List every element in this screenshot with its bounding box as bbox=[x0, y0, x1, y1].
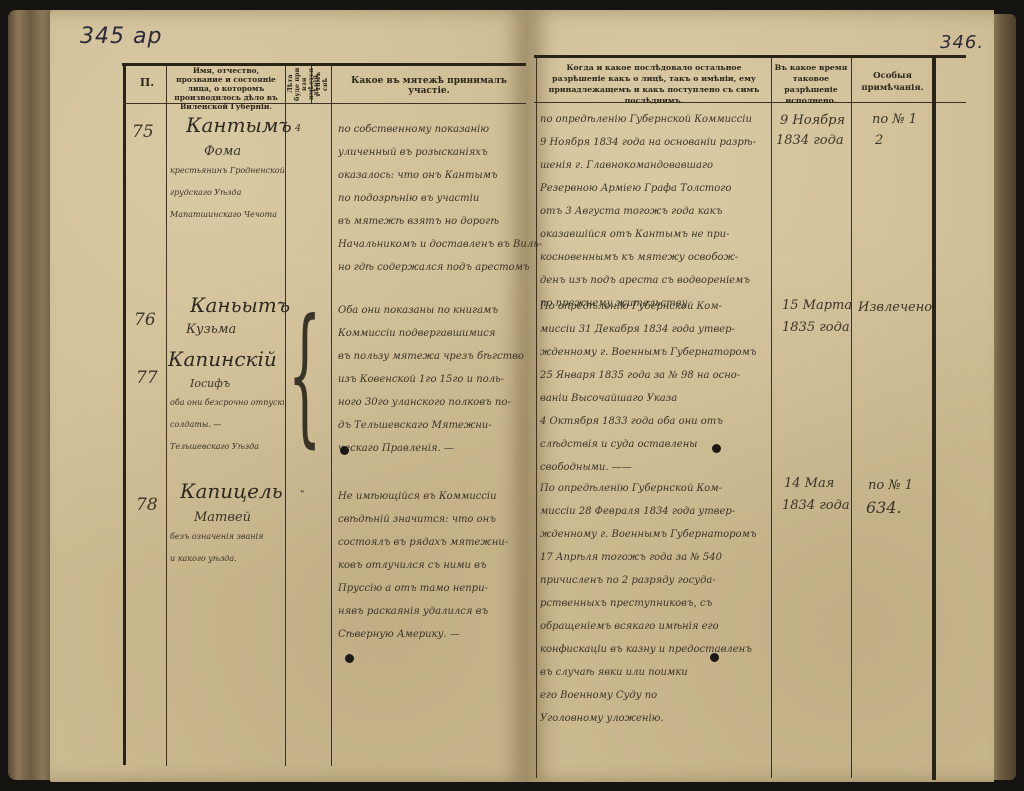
remark: 634. bbox=[866, 498, 902, 518]
header-participation: Какое въ мятежѣ принималъ участіе. bbox=[334, 76, 524, 96]
resolution-line: конфискаціи въ казну и предоставленъ bbox=[540, 638, 752, 662]
participation-line: оказалось: что онъ Кантымъ bbox=[338, 164, 498, 188]
resolution-line: жденному г. Военнымъ Губернаторомъ bbox=[540, 341, 757, 365]
remark: Извлечено bbox=[858, 298, 932, 318]
col-divider-executed bbox=[771, 58, 772, 778]
resolution-line: Резервною Арміею Графа Толстого bbox=[540, 177, 731, 201]
executed-date: 1834 года bbox=[782, 496, 850, 516]
age-mark: 4 bbox=[295, 118, 301, 140]
participation-line: по собственному показанію bbox=[338, 118, 489, 142]
participation-line: состоялъ въ рядахъ мятежни- bbox=[338, 531, 508, 555]
participation-line: нявъ раскаянія удалился въ bbox=[338, 600, 488, 624]
binding-hole bbox=[710, 653, 719, 662]
row-number: 76 bbox=[134, 310, 156, 330]
resolution-line: 4 Октября 1833 года оба они отъ bbox=[540, 410, 723, 434]
participation-line: Оба они показаны по книгамъ bbox=[338, 299, 498, 323]
participation-line: Не имѣющійся въ Коммиссіи bbox=[338, 485, 497, 509]
row-number: 78 bbox=[136, 495, 158, 515]
resolution-line: По опредѣленію Губернской Ком- bbox=[540, 295, 722, 319]
binding-hole bbox=[345, 654, 354, 663]
binding-hole bbox=[340, 446, 349, 455]
participation-line: изъ Ковенской 1го 15го и поль- bbox=[338, 368, 504, 392]
description-line: грудскаго Уѣзда bbox=[170, 182, 241, 204]
participation-line: свѣдѣній значится: что онъ bbox=[338, 508, 496, 532]
resolution-line: свободными. —— bbox=[540, 456, 632, 480]
header-remarks: Особыя примѣчанія. bbox=[855, 70, 930, 94]
surname: Капинскій bbox=[168, 346, 277, 372]
surname: Кантымъ bbox=[186, 112, 292, 138]
resolution-line: его Военному Суду по bbox=[540, 684, 657, 708]
folio-number-right: 346. bbox=[940, 32, 984, 53]
participation-line: ного 30го уланского полковъ по- bbox=[338, 391, 511, 415]
participation-line: въ мятежѣ взятъ но дорогѣ bbox=[338, 210, 499, 234]
resolution-line: денъ изъ подъ ареста съ водвореніемъ bbox=[540, 269, 750, 293]
col-divider-resolution bbox=[536, 58, 537, 778]
binding-hole bbox=[712, 444, 721, 453]
executed-date: 15 Марта bbox=[782, 296, 852, 316]
resolution-line: рственныхъ преступниковъ, съ bbox=[540, 592, 712, 616]
participation-line: ковъ отлучился съ ними въ bbox=[338, 554, 487, 578]
given-name: Матвей bbox=[194, 508, 251, 528]
surname: Капицель bbox=[180, 478, 283, 504]
participation-line: Коммиссіи подвергавшимися bbox=[338, 322, 495, 346]
col-divider-vert1 bbox=[285, 66, 286, 766]
description-line: солдаты. — bbox=[170, 414, 221, 436]
description-line: крестьянинъ Гродненской Губерніи Ново- bbox=[170, 160, 284, 182]
participation-line: уличенный въ розысканіяхъ bbox=[338, 141, 488, 165]
resolution-line: жденному г. Военнымъ Губернаторомъ bbox=[540, 523, 757, 547]
executed-date: 9 Ноября bbox=[780, 111, 845, 131]
remark: 2 bbox=[875, 131, 883, 151]
resolution-line: слѣдствія и суда оставлены bbox=[540, 433, 697, 457]
header-vertical-1: Лѣта буде при взя имѣется т тамъ свѣ bbox=[287, 66, 309, 102]
resolution-line: по опредѣленію Губернской Коммиссіи bbox=[540, 108, 752, 132]
folio-number-left: 345 ар bbox=[80, 24, 162, 49]
description-line: оба они безсрочно отпускные bbox=[170, 392, 284, 414]
col-divider-name bbox=[166, 66, 167, 766]
resolution-line: оказавшійся отъ Кантымъ не при- bbox=[540, 223, 729, 247]
resolution-line: въ случаѣ явки или поимки bbox=[540, 661, 688, 685]
given-name: Кузьма bbox=[186, 320, 236, 340]
participation-line: въ пользу мятежа чрезъ бѣгство bbox=[338, 345, 524, 369]
col-divider-participation bbox=[331, 66, 332, 766]
resolution-line: миссіи 28 Февраля 1834 года утвер- bbox=[540, 500, 735, 524]
age-mark: " bbox=[300, 484, 304, 506]
resolution-line: причисленъ по 2 разряду госуда- bbox=[540, 569, 716, 593]
executed-date: 1834 года bbox=[776, 131, 844, 151]
resolution-line: 25 Января 1835 года за № 98 на осно- bbox=[540, 364, 740, 388]
remark: по № 1 bbox=[872, 110, 917, 130]
resolution-line: 9 Ноября 1834 года на основаніи разрѣ- bbox=[540, 131, 756, 155]
resolution-line: шенія г. Главнокомандовавшаго bbox=[540, 154, 713, 178]
participation-line: Пруссію а отъ тамо непри- bbox=[338, 577, 488, 601]
participation-line: Начальникомъ и доставленъ въ Виль- bbox=[338, 233, 542, 257]
surname: Каньытъ bbox=[190, 292, 290, 318]
grouping-brace: { bbox=[288, 300, 321, 450]
participation-line: по подозрѣнію въ участіи bbox=[338, 187, 479, 211]
header-number: П. bbox=[130, 78, 164, 88]
participation-line: дъ Тельшевскаго Мятежни- bbox=[338, 414, 492, 438]
resolution-line: обращеніемъ всякаго имѣнія его bbox=[540, 615, 719, 639]
given-name: Іосифъ bbox=[190, 374, 230, 394]
resolution-line: косновеннымъ къ мятежу освобож- bbox=[540, 246, 738, 270]
resolution-line: отъ 3 Августа тогожъ года какъ bbox=[540, 200, 722, 224]
description-line: Тельшевскаго Уѣзда bbox=[170, 436, 259, 458]
executed-date: 14 Мая bbox=[784, 474, 834, 494]
header-vertical-2: дѣній. bbox=[313, 66, 329, 102]
resolution-line: 17 Апрѣля тогожъ года за № 540 bbox=[540, 546, 722, 570]
resolution-line: Уголовному уложенію. bbox=[540, 707, 664, 731]
table-right-border bbox=[932, 55, 936, 780]
table-left-border bbox=[123, 63, 126, 765]
description-line: и какого уѣзда. bbox=[170, 548, 237, 570]
description-line: безъ означенія званія bbox=[170, 526, 284, 548]
col-divider-remarks bbox=[851, 58, 852, 778]
row-number: 75 bbox=[132, 122, 154, 142]
participation-line: Сѣверную Америку. — bbox=[338, 623, 460, 647]
participation-line: но гдѣ содержался подъ арестомъ bbox=[338, 256, 530, 280]
header-name: Имя, отчество, прозвание и состояніе лиц… bbox=[169, 66, 283, 111]
header-resolution: Когда и какое послѣдовало остальное разр… bbox=[539, 62, 769, 106]
participation-line: ческаго Правленія. — bbox=[338, 437, 454, 461]
description-line: Мапатшинскаго Чечота bbox=[170, 204, 277, 226]
row-number: 77 bbox=[136, 368, 158, 388]
table-top-rule-right bbox=[534, 55, 966, 58]
resolution-line: ваніи Высочайшаго Указа bbox=[540, 387, 677, 411]
executed-date: 1835 года bbox=[782, 318, 850, 338]
resolution-line: По опредѣленію Губернской Ком- bbox=[540, 477, 722, 501]
header-executed-when: Въ какое время таковое разрѣшеніе исполн… bbox=[773, 62, 849, 106]
remark: по № 1 bbox=[868, 476, 913, 496]
resolution-line: миссіи 31 Декабря 1834 года утвер- bbox=[540, 318, 735, 342]
given-name: Фома bbox=[204, 142, 241, 162]
open-ledger-book: 345 ар 346. П. Имя, отчество, прозвание … bbox=[0, 0, 1024, 791]
